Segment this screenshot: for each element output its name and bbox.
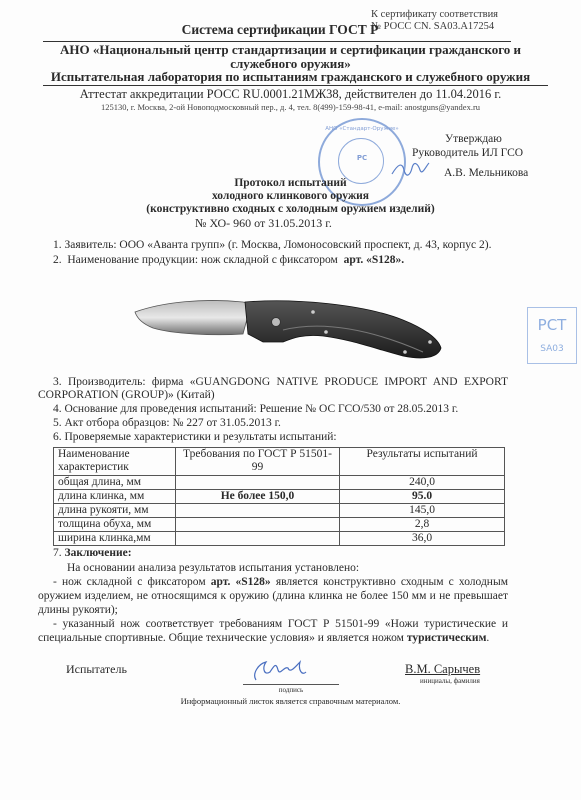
- table-row: общая длина, мм240,0: [54, 476, 505, 490]
- row-name: ширина клинка,мм: [54, 532, 176, 546]
- row-requirement: [176, 476, 340, 490]
- results-table: Наименование характеристик Требования по…: [53, 447, 505, 546]
- approver-signature-icon: [390, 160, 430, 178]
- table-header-row: Наименование характеристик Требования по…: [54, 448, 505, 476]
- row-name: общая длина, мм: [54, 476, 176, 490]
- header-name: Наименование характеристик: [54, 448, 176, 476]
- pct-conformity-mark: PCТ SA03: [527, 307, 577, 364]
- manufacturer-line1: 3. Производитель: фирма «GUANGDONG NATIV…: [53, 376, 508, 388]
- row-requirement: Не более 150,0: [176, 490, 340, 504]
- stamp-text: АНО «Стандарт-Оружие»: [320, 126, 404, 132]
- address-line: 125130, г. Москва, 2-ой Новоподмосковный…: [0, 102, 581, 112]
- approval-label: Утверждаю: [445, 133, 502, 145]
- manufacturer-line2: CORPORATION (GROUP)» (Китай): [38, 389, 215, 401]
- table-row: толщина обуха, мм2,8: [54, 518, 505, 532]
- tester-label: Испытатель: [66, 662, 127, 677]
- row-name: длина рукояти, мм: [54, 504, 176, 518]
- signature-line: [243, 684, 339, 685]
- approver-position: Руководитель ИЛ ГСО: [412, 147, 523, 159]
- row-requirement: [176, 518, 340, 532]
- row-result: 95.0: [340, 490, 505, 504]
- row-result: 240,0: [340, 476, 505, 490]
- row-requirement: [176, 532, 340, 546]
- knife-image-icon: [133, 290, 453, 375]
- tester-signature-icon: [250, 656, 310, 684]
- header-requirement: Требования по ГОСТ Р 51501-99: [176, 448, 340, 476]
- row-name: толщина обуха, мм: [54, 518, 176, 532]
- laboratory-title: Испытательная лаборатория по испытаниям …: [0, 69, 581, 85]
- test-basis-line: 4. Основание для проведения испытаний: Р…: [53, 403, 458, 415]
- product-line: 2. Наименование продукции: нож складной …: [53, 254, 404, 266]
- conclusion-point-1: - нож складной с фиксатором арт. «S128» …: [38, 575, 508, 617]
- table-row: длина рукояти, мм145,0: [54, 504, 505, 518]
- conclusion-p1-text: - нож складной с фиксатором: [53, 576, 211, 588]
- protocol-subtitle-note: (конструктивно сходных с холодным оружие…: [0, 203, 581, 215]
- table-body: общая длина, мм240,0длина клинка, ммНе б…: [54, 476, 505, 546]
- conclusion-heading: 7. Заключение:: [53, 547, 132, 559]
- row-result: 36,0: [340, 532, 505, 546]
- pct-symbol: PCТ: [528, 316, 576, 334]
- table-row: длина клинка, ммНе более 150,095.0: [54, 490, 505, 504]
- accreditation-line: Аттестат аккредитации РОСС RU.0001.21МЖ3…: [0, 87, 581, 102]
- protocol-subtitle: холодного клинкового оружия: [0, 190, 581, 202]
- conclusion-title: Заключение:: [65, 547, 132, 559]
- conclusion-number: 7.: [53, 547, 65, 559]
- row-result: 2,8: [340, 518, 505, 532]
- certificate-reference-line1: К сертификату соответствия: [371, 9, 498, 21]
- conclusion-p1-article: арт. «S128»: [211, 576, 271, 588]
- laboratory-rule: [43, 85, 548, 86]
- sample-act-line: 5. Акт отбора образцов: № 227 от 31.05.2…: [53, 417, 281, 429]
- protocol-title: Протокол испытаний: [0, 177, 581, 189]
- conclusion-intro: На основании анализа результатов испытан…: [67, 561, 359, 575]
- protocol-number: № ХО- 960 от 31.05.2013 г.: [195, 216, 332, 231]
- footer-note: Информационный листок является справочны…: [0, 696, 581, 706]
- signature-caption: подпись: [243, 686, 339, 694]
- applicant-line: 1. Заявитель: ООО «Аванта групп» (г. Мос…: [53, 239, 491, 251]
- conclusion-p2-category: туристическим: [407, 632, 487, 644]
- pct-code: SA03: [528, 344, 576, 354]
- tester-name: В.М. Сарычев: [405, 662, 480, 677]
- conclusion-p2-end: .: [486, 632, 489, 644]
- conclusion-point-2: - указанный нож соответствует требования…: [38, 617, 508, 645]
- row-requirement: [176, 504, 340, 518]
- header-result: Результаты испытаний: [340, 448, 505, 476]
- tester-name-caption: инициалы, фамилия: [420, 677, 480, 685]
- product-name: 2. Наименование продукции: нож складной …: [53, 254, 344, 266]
- row-name: длина клинка, мм: [54, 490, 176, 504]
- table-row: ширина клинка,мм36,0: [54, 532, 505, 546]
- characteristics-line: 6. Проверяемые характеристики и результа…: [53, 431, 337, 443]
- system-title: Система сертификации ГОСТ Р: [0, 22, 560, 38]
- product-article: арт. «S128».: [344, 254, 405, 266]
- row-result: 145,0: [340, 504, 505, 518]
